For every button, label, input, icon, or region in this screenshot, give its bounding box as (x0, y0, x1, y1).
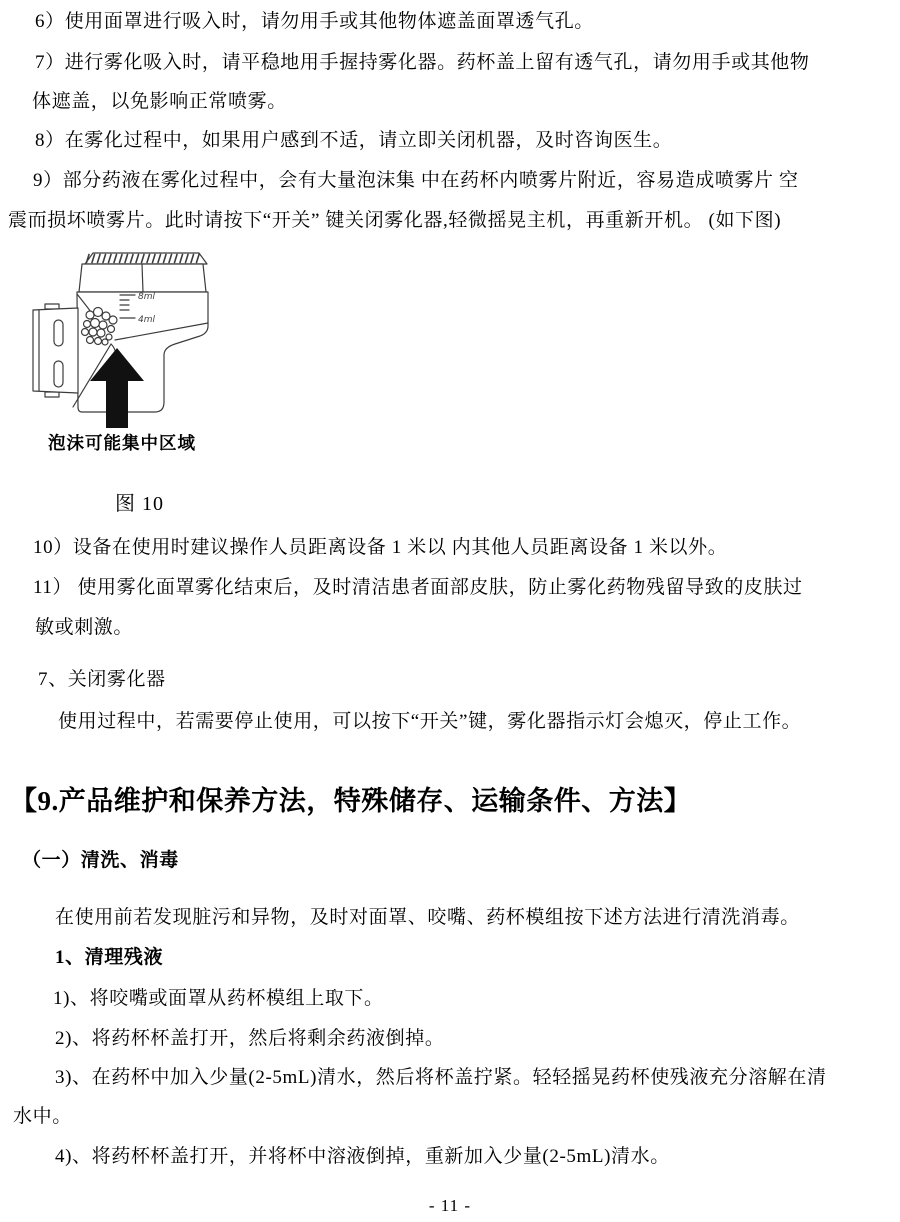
subsection-7-body: 使用过程中，若需要停止使用，可以按下“开关”键，雾化器指示灯会熄灭，停止工作。 (58, 710, 801, 733)
para-11-line2: 敏或刺激。 (35, 616, 133, 639)
figure-caption: 图 10 (115, 487, 164, 516)
para-9-line1: 9）部分药液在雾化过程中，会有大量泡沫集 中在药杯内喷雾片附近，容易造成喷雾片 … (33, 169, 799, 192)
para-9-line2: 震而损坏喷雾片。此时请按下“开关” 键关闭雾化器,轻微摇晃主机，再重新开机。 (… (8, 209, 781, 232)
page-number: - 11 - (0, 1196, 900, 1216)
para-11-line1: 11） 使用雾化面罩雾化结束后，及时清洁患者面部皮肤，防止雾化药物残留导致的皮肤… (33, 576, 803, 599)
step-1: 1)、将咬嘴或面罩从药杯模组上取下。 (53, 987, 384, 1010)
scale-8ml-label: 8ml (138, 292, 155, 302)
para-7-line2: 体遮盖，以免影响正常喷雾。 (32, 90, 287, 113)
clean-intro: 在使用前若发现脏污和异物，及时对面罩、咬嘴、药杯模组按下述方法进行清洗消毒。 (55, 906, 800, 929)
para-7-line1: 7）进行雾化吸入时，请平稳地用手握持雾化器。药杯盖上留有透气孔，请勿用手或其他物 (35, 51, 810, 74)
subsection-7-title: 7、关闭雾化器 (38, 668, 166, 691)
step-2: 2)、将药杯杯盖打开，然后将剩余药液倒掉。 (55, 1027, 444, 1050)
subsection-clean-title: （一）清洗、消毒 (22, 849, 179, 872)
para-6: 6）使用面罩进行吸入时，请勿用手或其他物体遮盖面罩透气孔。 (35, 10, 594, 33)
para-8: 8）在雾化过程中，如果用户感到不适，请立即关闭机器，及时咨询医生。 (35, 129, 672, 152)
section-9-heading: 【9.产品维护和保养方法，特殊储存、运输条件、方法】 (10, 784, 691, 818)
step-4: 4)、将药杯杯盖打开，并将杯中溶液倒掉，重新加入少量(2-5mL)清水。 (55, 1145, 670, 1168)
nebulizer-foam-figure: 8ml 4ml (25, 252, 305, 452)
figure-foam-label: 泡沫可能集中区域 (48, 430, 196, 455)
manual-page: { "document": { "section_heading": "【9.产… (0, 0, 900, 1222)
step-3-line1: 3)、在药杯中加入少量(2-5mL)清水，然后将杯盖拧紧。轻轻摇晃药杯使残液充分… (55, 1066, 827, 1089)
step-group-1-title: 1、清理残液 (55, 946, 163, 969)
scale-4ml-label: 4ml (138, 315, 155, 325)
step-3-line2: 水中。 (13, 1105, 72, 1128)
para-10: 10）设备在使用时建议操作人员距离设备 1 米以 内其他人员距离设备 1 米以外… (33, 536, 727, 559)
